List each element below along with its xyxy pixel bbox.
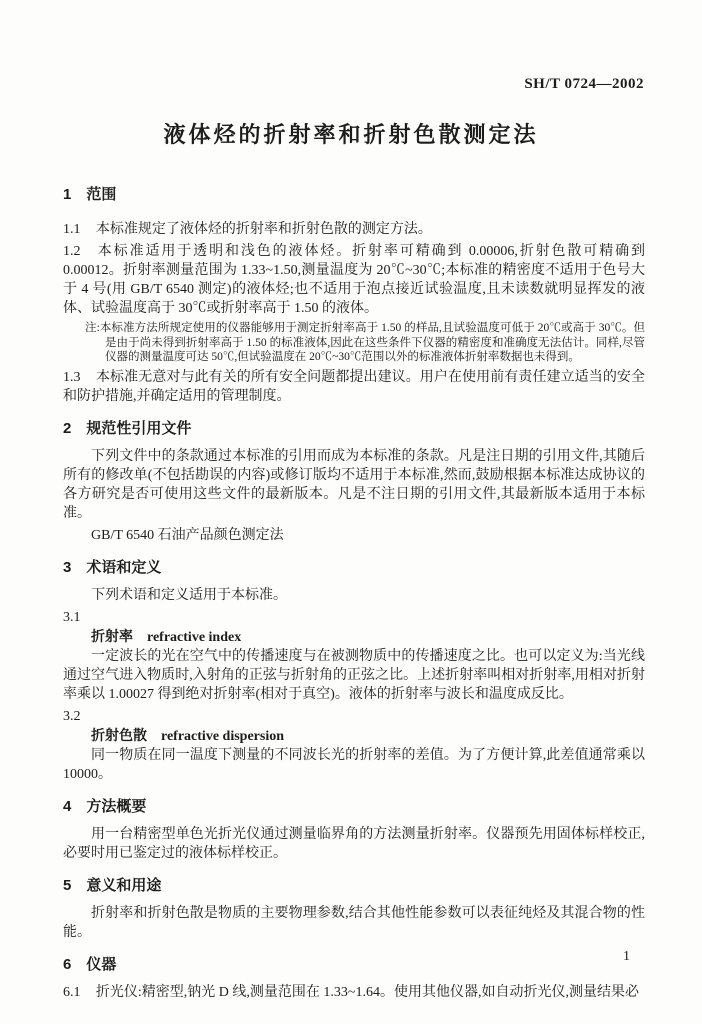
section-4-paragraph: 用一台精密型单色光折光仪通过测量临界角的方法测量折射率。仪器预先用固体标样校正,… bbox=[63, 825, 645, 863]
clause-1-2-note: 注:本标准方法所规定使用的仪器能够用于测定折射率高于 1.50 的样品,且试验温… bbox=[63, 321, 645, 365]
section-5-paragraph: 折射率和折射色散是物质的主要物理参数,结合其他性能参数可以表征纯烃及其混合物的性… bbox=[63, 904, 645, 942]
section-6-number: 6 bbox=[63, 956, 71, 973]
clause-1-1: 1.1本标准规定了液体烃的折射率和折射色散的测定方法。 bbox=[63, 220, 645, 239]
section-3-number: 3 bbox=[63, 559, 71, 576]
term-3-1-definition: 一定波长的光在空气中的传播速度与在被测物质中的传播速度之比。也可以定义为:当光线… bbox=[63, 647, 645, 704]
clause-1-2-number: 1.2 bbox=[63, 244, 81, 259]
section-6-heading: 6仪器 bbox=[63, 955, 645, 974]
term-3-1-chinese: 折射率 bbox=[91, 628, 133, 644]
document-page: SH/T 0724—2002 液体烃的折射率和折射色散测定法 1范围 1.1本标… bbox=[0, 0, 702, 1024]
clause-1-1-number: 1.1 bbox=[63, 222, 81, 237]
section-5-heading: 5意义和用途 bbox=[63, 876, 645, 895]
clause-1-3-number: 1.3 bbox=[63, 370, 81, 385]
clause-1-1-text: 本标准规定了液体烃的折射率和折射色散的测定方法。 bbox=[96, 222, 432, 237]
page-number: 1 bbox=[623, 949, 630, 965]
term-3-2-definition: 同一物质在同一温度下测量的不同波长光的折射率的差值。为了方便计算,此差值通常乘以… bbox=[63, 746, 645, 784]
section-3-title: 术语和定义 bbox=[86, 559, 161, 576]
section-1-title: 范围 bbox=[86, 186, 116, 203]
note-text: 本标准方法所规定使用的仪器能够用于测定折射率高于 1.50 的样品,且试验温度可… bbox=[100, 322, 645, 363]
section-4-number: 4 bbox=[63, 798, 71, 815]
clause-6-1: 6.1折光仪:精密型,钠光 D 线,测量范围在 1.33~1.64。使用其他仪器… bbox=[63, 983, 645, 1002]
section-2-number: 2 bbox=[63, 420, 71, 437]
clause-1-2-text: 本标准适用于透明和浅色的液体烃。折射率可精确到 0.00006,折射色散可精确到… bbox=[63, 244, 645, 316]
term-3-2-english: refractive dispersion bbox=[161, 729, 284, 744]
section-2-paragraph: 下列文件中的条款通过本标准的引用而成为本标准的条款。凡是注日期的引用文件,其随后… bbox=[63, 447, 645, 523]
term-3-2-chinese: 折射色散 bbox=[91, 727, 147, 743]
document-body: 1范围 1.1本标准规定了液体烃的折射率和折射色散的测定方法。 1.2本标准适用… bbox=[63, 185, 645, 1002]
section-2-title: 规范性引用文件 bbox=[86, 420, 191, 437]
section-3-intro: 下列术语和定义适用于本标准。 bbox=[63, 586, 645, 605]
term-3-1-english: refractive index bbox=[147, 630, 241, 645]
clause-1-3-text: 本标准无意对与此有关的所有安全问题都提出建议。用户在使用前有责任建立适当的安全和… bbox=[63, 370, 645, 404]
clause-1-2: 1.2本标准适用于透明和浅色的液体烃。折射率可精确到 0.00006,折射色散可… bbox=[63, 242, 645, 318]
note-label: 注: bbox=[85, 322, 100, 334]
section-4-heading: 4方法概要 bbox=[63, 797, 645, 816]
normative-reference: GB/T 6540 石油产品颜色测定法 bbox=[63, 526, 645, 545]
clause-6-1-text: 折光仪:精密型,钠光 D 线,测量范围在 1.33~1.64。使用其他仪器,如自… bbox=[96, 985, 639, 1000]
clause-6-1-number: 6.1 bbox=[63, 985, 81, 1000]
section-3-heading: 3术语和定义 bbox=[63, 558, 645, 577]
section-1-heading: 1范围 bbox=[63, 185, 645, 204]
section-5-number: 5 bbox=[63, 877, 71, 894]
clause-1-3: 1.3本标准无意对与此有关的所有安全问题都提出建议。用户在使用前有责任建立适当的… bbox=[63, 368, 645, 406]
section-4-title: 方法概要 bbox=[86, 798, 146, 815]
section-1-number: 1 bbox=[63, 186, 71, 203]
section-5-title: 意义和用途 bbox=[86, 877, 161, 894]
term-3-1: 折射率refractive index bbox=[91, 627, 645, 647]
section-6-title: 仪器 bbox=[86, 956, 116, 973]
term-3-2: 折射色散refractive dispersion bbox=[91, 726, 645, 746]
term-3-2-number: 3.2 bbox=[63, 707, 645, 726]
section-2-heading: 2规范性引用文件 bbox=[63, 419, 645, 438]
document-title: 液体烃的折射率和折射色散测定法 bbox=[0, 118, 702, 149]
standard-code: SH/T 0724—2002 bbox=[524, 76, 644, 93]
term-3-1-number: 3.1 bbox=[63, 608, 645, 627]
